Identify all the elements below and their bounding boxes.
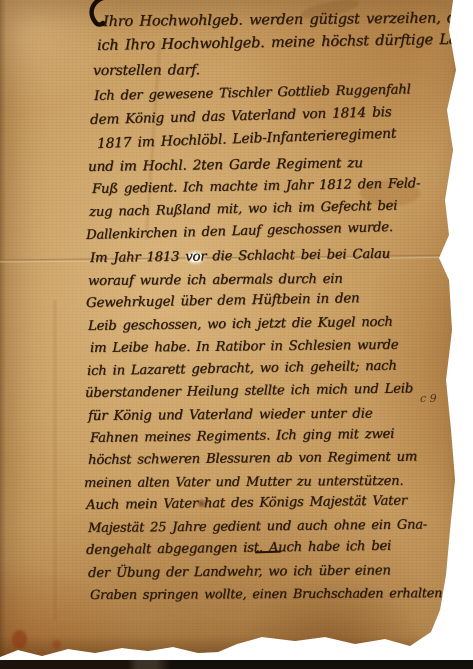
handwritten-line: Ich der gewesene Tischler Gottlieb Rugge… [94,82,411,104]
stain [12,630,27,649]
stain [52,640,61,649]
manuscript-paper: c 9 Ihro Hochwohlgeb. werden gütigst ver… [0,0,473,669]
handwritten-line: Gewehrkugel über dem Hüftbein in den [86,291,360,311]
handwritten-line: Leib geschossen, wo ich jetzt die Kugel … [88,315,393,334]
stray-ink-mark: c 9 [420,392,437,405]
vertical-crease [52,300,58,620]
handwritten-line: Im Jahr 1813 vor die Schlacht bei bei Ca… [90,247,390,266]
handwritten-line: ich in Lazarett gebracht, wo ich geheilt… [87,359,397,379]
handwritten-line: für König und Vaterland wieder unter die [88,407,373,424]
handwritten-line: überstandener Heilung stellte ich mich u… [85,381,413,401]
handwritten-line: und im Hochl. 2ten Garde Regiment zu [88,155,363,175]
handwritten-line: dem König und das Vaterland von 1814 bis [90,104,392,128]
handwritten-line: meinen alten Vater und Mutter zu unterst… [84,474,403,491]
handwritten-line: ich Ihro Hochwohlgeb. meine höchst dürft… [97,31,473,54]
handwritten-line: im Leibe habe. In Ratibor in Schlesien w… [90,338,398,356]
handwritten-line: zug nach Rußland mit, wo ich im Gefecht … [89,199,397,220]
handwritten-line: Ihro Hochwohlgeb. werden gütigst verzeih… [103,10,473,30]
handwritten-line: 1817 im Hochlöbl. Leib-Infanterieregimen… [97,126,397,152]
handwritten-line: Auch mein Vater hat des Königs Majestät … [86,494,407,513]
handwritten-line: der Übung der Landwehr, wo ich über eine… [88,563,391,581]
handwritten-line: höchst schweren Blessuren ab von Regimen… [88,450,417,468]
handwritten-line: Majestät 25 Jahre gedient und auch ohne … [88,517,427,536]
handwritten-line: dengehalt abgegangen ist. Auch habe ich … [86,539,391,558]
scanner-background-strip [0,660,473,669]
handwritten-line: vorstellen darf. [93,62,200,79]
scanned-document: c 9 Ihro Hochwohlgeb. werden gütigst ver… [0,0,473,669]
handwritten-line: Graben springen wollte, einen Bruchschad… [90,586,446,603]
handwritten-line: worauf wurde ich abermals durch ein [88,272,343,289]
handwritten-line: Dallenkirchen in den Lauf geschossen wur… [86,220,393,243]
handwritten-line: Fahnen meines Regiments. Ich ging mit zw… [90,427,394,446]
